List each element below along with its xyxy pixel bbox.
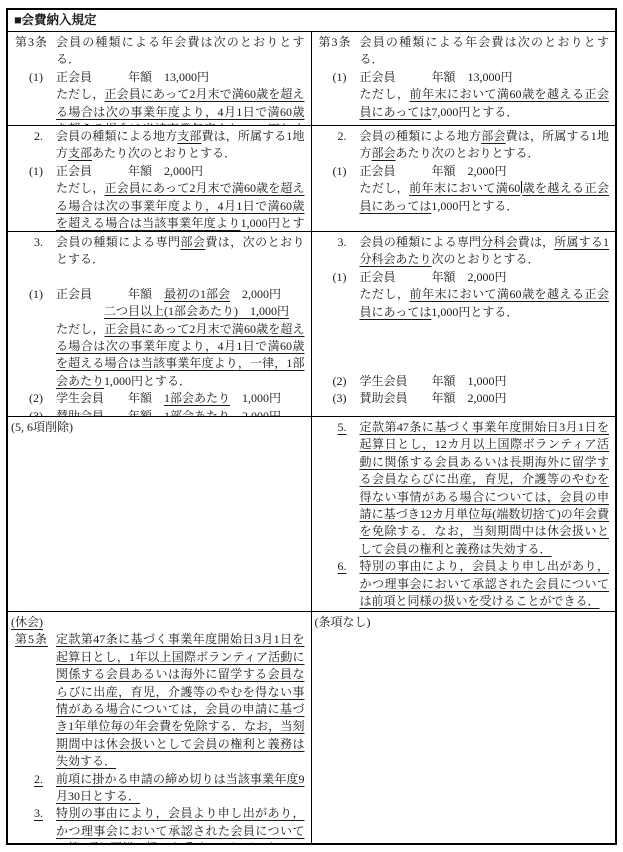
fee-table-body: 第3条会員の種類による年会費は次のとおりとする．(1)正会員 年額 13,000… — [8, 31, 615, 843]
table-row: (5, 6項削除)5.定款第47条に基づく事業年度開始日3月1日を起算日とし，1… — [8, 416, 615, 611]
paragraph: 6.特別の事由により，会員より申し出があり，かつ理事会において承認された会員につ… — [312, 558, 610, 610]
paragraph-label: 第3条 — [15, 34, 48, 51]
text-segment: 賛助会員 年額 — [56, 409, 164, 416]
text-segment: 2,000円 — [230, 409, 281, 416]
text-segment: 会員の種類による地方 — [56, 129, 177, 143]
table-header-row: ■会費納入規定 — [8, 10, 615, 31]
text-segment: 特別の事由により，会員より申し出があり，かつ理事会において承認された会員について… — [360, 559, 610, 608]
text-segment: 1,000円とする． — [104, 374, 191, 388]
text-segment: 正会員 年額 — [56, 287, 164, 301]
paragraph: (2)学生会員 年額 1,000円 — [312, 373, 610, 390]
paragraph: 5.定款第47条に基づく事業年度開始日3月1日を起算日とし，12カ月以上国際ボラ… — [312, 419, 610, 558]
text-segment: 正会員 年額 2,000円 — [360, 270, 507, 284]
table-cell-left: (5, 6項削除) — [8, 417, 312, 611]
paragraph: 第3条会員の種類による年会費は次のとおりとする． — [312, 34, 610, 69]
paragraph-label: 第5条 — [15, 631, 48, 648]
paragraph-label: (1) — [29, 163, 43, 180]
text-segment: あたり次のとおりとする． — [92, 146, 236, 160]
text-segment: (条項なし) — [315, 615, 371, 629]
text-segment: 1,000円とする． — [431, 199, 518, 213]
paragraph: (休会) — [8, 614, 305, 631]
paragraph: (3)賛助会員 年額 2,000円 — [312, 390, 610, 407]
table-cell-left: (休会)第5条定款第47条に基づく事業年度開始日3月1日を起算日とし，1年以上国… — [8, 612, 312, 843]
text-segment: 1,000円 — [230, 391, 281, 405]
paragraph: 2.前項に掛かる申請の締め切りは当該事業年度9月30日とする． — [8, 771, 305, 806]
paragraph-label: (2) — [29, 390, 43, 407]
paragraph-label: (3) — [29, 408, 43, 416]
table-cell-right: 3.会員の種類による専門分科会費は，所属する1分科会あたり次のとおりとする．(1… — [312, 232, 616, 416]
text-segment: (5, 6項削除) — [11, 420, 73, 434]
table-row: 2.会員の種類による地方支部費は，所属する1地方支部あたり次のとおりとする．(1… — [8, 125, 615, 231]
paragraph-label: (1) — [333, 269, 347, 286]
text-segment: 7,000円とする． — [431, 105, 518, 119]
paragraph: (1)正会員 年額 2,000円 — [312, 163, 610, 180]
paragraph: 3.会員の種類による専門部会費は，次のとおりとする． — [8, 234, 305, 269]
text-segment: 部会 — [481, 129, 505, 143]
text-segment: 1,000円とする． — [431, 305, 518, 319]
paragraph: (1)正会員 年額 13,000円 — [8, 69, 305, 86]
text-segment: あたり次のとおりとする． — [396, 146, 540, 160]
table-cell-left: 2.会員の種類による地方支部費は，所属する1地方支部あたり次のとおりとする．(1… — [8, 126, 312, 231]
paragraph-label: (1) — [29, 286, 43, 303]
text-segment: 正会員 年額 13,000円 — [360, 70, 513, 84]
paragraph: (1)正会員 年額 13,000円 — [312, 69, 610, 86]
text-segment: ただし， — [360, 287, 410, 301]
paragraph: 二つ目以上(1部会あたり) 1,000円 — [8, 303, 305, 320]
text-segment: (休会) — [11, 615, 43, 629]
text-segment — [56, 304, 104, 318]
text-segment: 二つ目以上(1部会あたり) 1,000円 — [104, 304, 289, 318]
text-segment: 前項に掛かる申請の締め切りは当該事業年度9月30日とする． — [56, 772, 305, 803]
text-segment: 支部 — [68, 146, 92, 160]
text-segment: 最初の1部会 — [164, 287, 230, 301]
paragraph-label: 2. — [34, 771, 43, 788]
paragraph-label: 5. — [338, 419, 347, 436]
text-segment: 定款第47条に基づく事業年度開始日3月1日を起算日とし，12カ月以上国際ボランテ… — [360, 420, 610, 556]
paragraph: 第5条定款第47条に基づく事業年度開始日3月1日を起算日とし，1年以上国際ボラン… — [8, 631, 305, 770]
paragraph: ただし，正会員にあって2月末で満60歳を超える場合は次の事業年度より，4月1日で… — [8, 321, 305, 391]
text-segment: ただし， — [56, 181, 105, 195]
text-segment: 賛助会員 年額 2,000円 — [360, 391, 507, 405]
text-segment: 会員の種類による専門 — [360, 235, 482, 249]
table-row: 第3条会員の種類による年会費は次のとおりとする．(1)正会員 年額 13,000… — [8, 31, 615, 125]
text-segment: 会員の種類による専門 — [56, 235, 180, 249]
paragraph: ただし，正会員にあって2月末で満60歳を超える場合は次の事業年度より，4月1日で… — [8, 180, 305, 231]
table-cell-left: 第3条会員の種類による年会費は次のとおりとする．(1)正会員 年額 13,000… — [8, 32, 312, 125]
paragraph: (1)正会員 年額 2,000円 — [8, 163, 305, 180]
text-segment: 正会員 年額 2,000円 — [56, 164, 203, 178]
text-segment: ただし， — [56, 87, 105, 101]
paragraph: ただし，前年末において満60歳を越える正会員にあっては7,000円とする． — [312, 86, 610, 121]
table-cell-right: (条項なし) — [312, 612, 616, 843]
text-segment: 正会員 年額 2,000円 — [360, 164, 507, 178]
text-segment: 分科会 — [481, 235, 518, 249]
text-segment: 部会 — [372, 146, 396, 160]
text-segment: ただし， — [56, 322, 105, 336]
paragraph: (2)学生会員 年額 1部会あたり 1,000円 — [8, 390, 305, 407]
table-cell-left: 3.会員の種類による専門部会費は，次のとおりとする．(1)正会員 年額 最初の1… — [8, 232, 312, 416]
text-segment: 特別の事由により，会員より申し出があり，かつ理事会において承認された会員について… — [56, 806, 305, 843]
paragraph-label: 2. — [34, 128, 43, 145]
table-title: ■会費納入規定 — [14, 13, 97, 27]
text-segment: 1部会あたり — [164, 409, 230, 416]
paragraph-label: 2. — [338, 128, 347, 145]
text-segment: 1部会あたり — [164, 391, 230, 405]
text-segment: 学生会員 年額 — [56, 391, 164, 405]
paragraph: 3.会員の種類による専門分科会費は，所属する1分科会あたり次のとおりとする． — [312, 234, 610, 269]
paragraph: 2.会員の種類による地方支部費は，所属する1地方支部あたり次のとおりとする． — [8, 128, 305, 163]
text-segment: ただし， — [360, 87, 410, 101]
paragraph: 3.特別の事由により，会員より申し出があり，かつ理事会において承認された会員につ… — [8, 805, 305, 843]
paragraph: (条項なし) — [312, 614, 610, 631]
paragraph-label: 3. — [34, 805, 43, 822]
paragraph: ただし，前年末において満60歳を越える正会員にあっては1,000円とする． — [312, 286, 610, 321]
fee-regulation-table: ■会費納入規定 第3条会員の種類による年会費は次のとおりとする．(1)正会員 年… — [6, 8, 617, 845]
table-row: 3.会員の種類による専門部会費は，次のとおりとする．(1)正会員 年額 最初の1… — [8, 231, 615, 416]
text-segment: 部会 — [180, 235, 205, 249]
text-segment: 学生会員 年額 1,000円 — [360, 374, 507, 388]
text-segment: 会員の種類による地方 — [360, 129, 482, 143]
text-segment: 会員の種類による年会費は次のとおりとする． — [56, 35, 305, 66]
paragraph-label: 3. — [34, 234, 43, 251]
text-segment: 支部 — [177, 129, 201, 143]
table-row: (休会)第5条定款第47条に基づく事業年度開始日3月1日を起算日とし，1年以上国… — [8, 611, 615, 843]
text-segment: 次のとおりとする． — [432, 252, 540, 266]
table-cell-right: 5.定款第47条に基づく事業年度開始日3月1日を起算日とし，12カ月以上国際ボラ… — [312, 417, 616, 611]
text-segment: ただし， — [360, 181, 410, 195]
paragraph-label: (3) — [333, 390, 347, 407]
paragraph: (1)正会員 年額 最初の1部会 2,000円 — [8, 286, 305, 303]
paragraph-label: (1) — [333, 69, 347, 86]
table-cell-right: 2.会員の種類による地方部会費は，所属する1地方部会あたり次のとおりとする．(1… — [312, 126, 616, 231]
table-cell-right: 第3条会員の種類による年会費は次のとおりとする．(1)正会員 年額 13,000… — [312, 32, 616, 125]
paragraph-label: (1) — [333, 163, 347, 180]
text-segment: 会員の種類による年会費は次のとおりとする． — [360, 35, 610, 66]
paragraph-label: 第3条 — [319, 34, 352, 51]
text-segment: 前年末において満60 — [409, 181, 520, 195]
paragraph: (3)賛助会員 年額 1部会あたり 2,000円 — [8, 408, 305, 416]
paragraph: ただし，前年末において満60歳を越える正会員にあっては1,000円とする． — [312, 180, 610, 215]
paragraph: 第3条会員の種類による年会費は次のとおりとする． — [8, 34, 305, 69]
paragraph-label: 3. — [338, 234, 347, 251]
text-segment: 2,000円 — [230, 287, 281, 301]
text-segment: 正会員 年額 13,000円 — [56, 70, 209, 84]
paragraph: 2.会員の種類による地方部会費は，所属する1地方部会あたり次のとおりとする． — [312, 128, 610, 163]
paragraph-label: (1) — [29, 69, 43, 86]
paragraph: (1)正会員 年額 2,000円 — [312, 269, 610, 286]
paragraph: ただし，正会員にあって2月末で満60歳を超える場合は次の事業年度より，4月1日で… — [8, 86, 305, 125]
paragraph: (5, 6項削除) — [8, 419, 305, 436]
document-page: { "colors": { "text": "#1a1a1a", "border… — [0, 0, 623, 852]
text-segment: 費は， — [518, 235, 555, 249]
paragraph-label: (2) — [333, 373, 347, 390]
paragraph-label: 6. — [338, 558, 347, 575]
text-segment: 定款第47条に基づく事業年度開始日3月1日を起算日とし，1年以上国際ボランティア… — [56, 632, 305, 768]
